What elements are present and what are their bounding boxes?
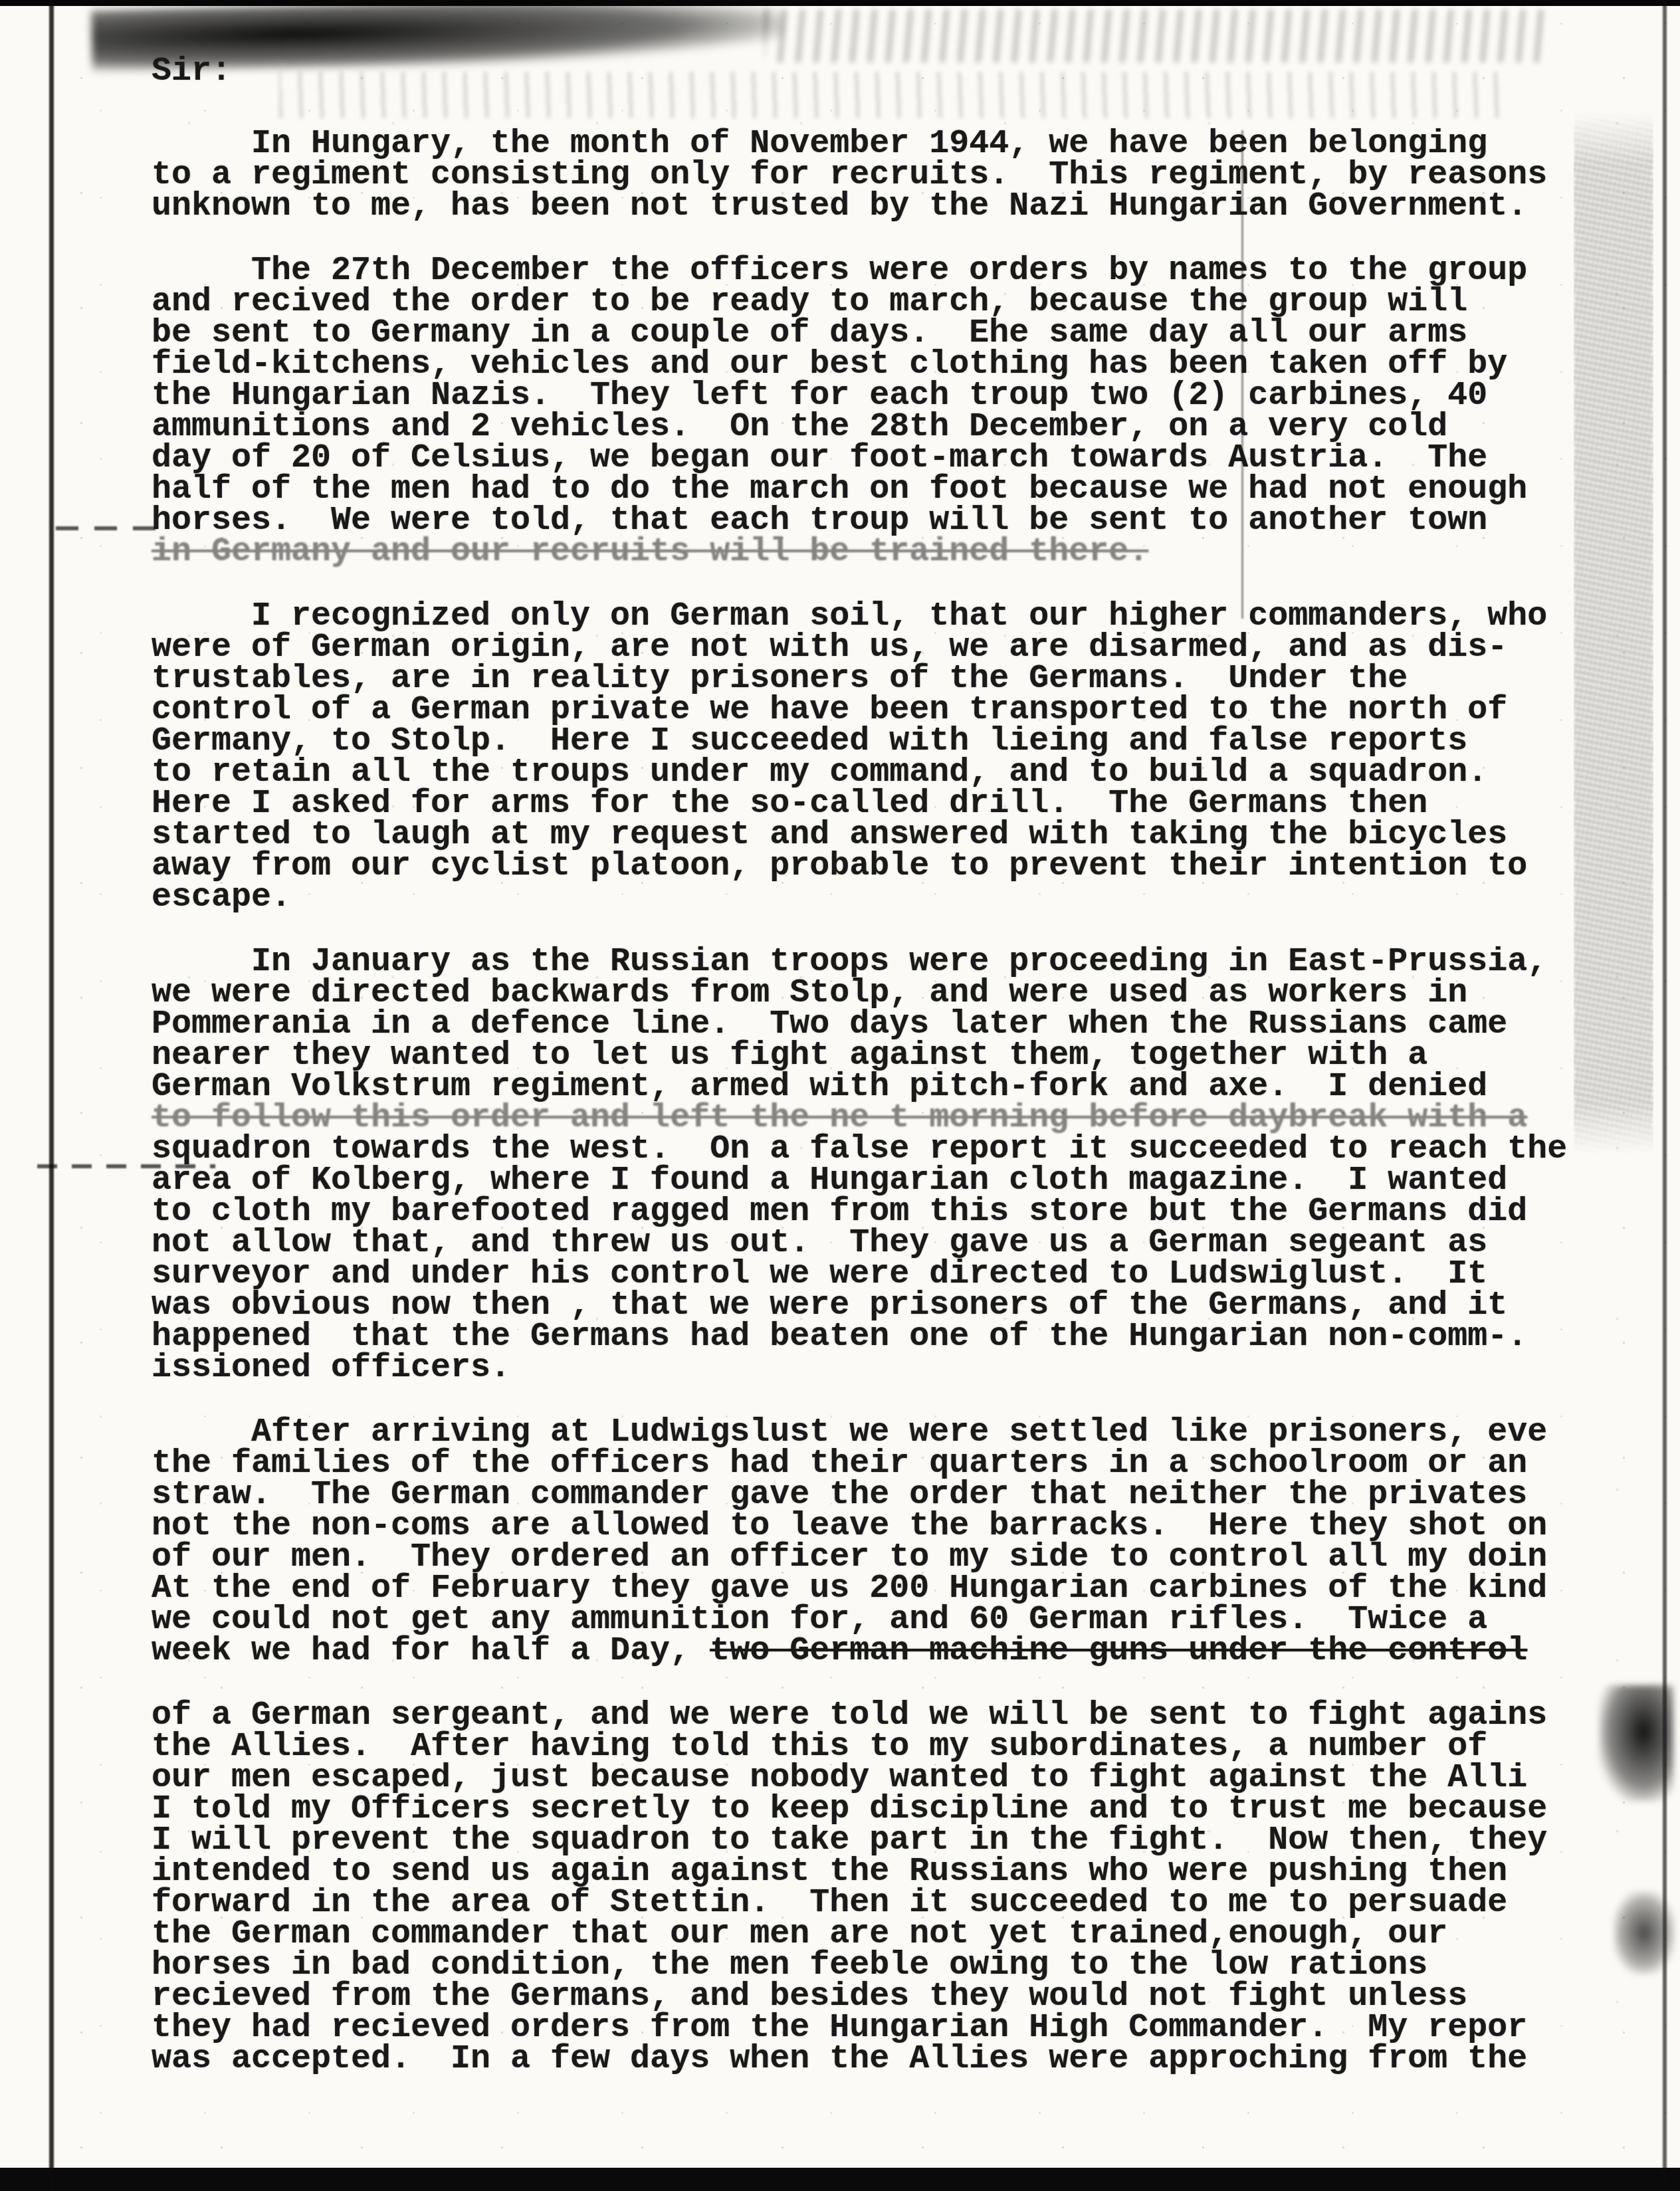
margin-strike-dashes-1	[56, 526, 157, 530]
text-line: away from our cyclist platoon, probable …	[152, 851, 1614, 882]
text-line: not the non-coms are allowed to leave th…	[152, 1511, 1614, 1542]
text-line: surveyor and under his control we were d…	[152, 1259, 1614, 1290]
text-line: be sent to Germany in a couple of days. …	[152, 318, 1614, 349]
text-line: we were directed backwards from Stolp, a…	[152, 978, 1614, 1009]
text-line: In Hungary, the month of November 1944, …	[152, 128, 1614, 159]
scan-edge-right	[1663, 0, 1667, 2191]
text-line: I will prevent the squadron to take part…	[152, 1825, 1614, 1856]
text-line: Germany, to Stolp. Here I succeeded with…	[152, 726, 1614, 757]
text-line: intended to send us again against the Ru…	[152, 1856, 1614, 1887]
text-line: escape.	[152, 882, 1614, 913]
text-line: the Allies. After having told this to my…	[152, 1731, 1614, 1762]
text-segment: unknown to me, has been not trusted by t…	[152, 187, 1527, 225]
text-line: recieved from the Germans, and besides t…	[152, 1981, 1614, 2012]
scan-edge-bottom	[0, 2168, 1680, 2191]
text-line: our men escaped, just because nobody wan…	[152, 1762, 1614, 1794]
text-line: was obvious now then , that we were pris…	[152, 1290, 1614, 1321]
text-line: and recived the order to be ready to mar…	[152, 286, 1614, 318]
text-line: unknown to me, has been not trusted by t…	[152, 191, 1614, 222]
text-line: started to laugh at my request and answe…	[152, 819, 1614, 851]
text-line: the Hungarian Nazis. They left for each …	[152, 380, 1614, 411]
text-line: day of 20 of Celsius, we began our foot-…	[152, 443, 1614, 474]
text-line: At the end of February they gave us 200 …	[152, 1573, 1614, 1604]
text-line: half of the men had to do the march on f…	[152, 474, 1614, 505]
text-line: was accepted. In a few days when the All…	[152, 2043, 1614, 2075]
text-line: Pommerania in a defence line. Two days l…	[152, 1009, 1614, 1040]
text-line: to a regiment consisting only for recrui…	[152, 159, 1614, 191]
text-line: of our men. They ordered an officer to m…	[152, 1542, 1614, 1573]
text-segment: escape.	[152, 879, 291, 916]
text-line: were of German origin, are not with us, …	[152, 632, 1614, 663]
text-line: field-kitchens, vehicles and our best cl…	[152, 349, 1614, 380]
text-line: control of a German private we have been…	[152, 694, 1614, 726]
text-line: I told my Officers secretly to keep disc…	[152, 1794, 1614, 1825]
text-line: not allow that, and threw us out. They g…	[152, 1227, 1614, 1259]
struck-text-segment: to follow this order and left the ne t m…	[152, 1099, 1527, 1137]
text-segment: away from our cyclist platoon, probable …	[152, 847, 1527, 885]
paragraph: I recognized only on German soil, that o…	[152, 601, 1614, 913]
text-line: area of Kolberg, where I found a Hungari…	[152, 1165, 1614, 1196]
paragraph: In January as the Russian troops were pr…	[152, 946, 1614, 1384]
text-line: issioned officers.	[152, 1352, 1614, 1384]
letter-body: In Hungary, the month of November 1944, …	[152, 128, 1614, 2075]
paragraph: After arriving at Ludwigslust we were se…	[152, 1417, 1614, 1667]
text-line: to retain all the troups under my comman…	[152, 757, 1614, 788]
text-line: German Volkstrum regiment, armed with pi…	[152, 1071, 1614, 1102]
text-line: horses. We were told, that each troup wi…	[152, 505, 1614, 536]
scan-edge-left	[49, 0, 54, 2191]
struck-text-segment: two German machine guns under the contro…	[710, 1632, 1527, 1670]
text-line: trustables, are in reality prisoners of …	[152, 663, 1614, 694]
text-line: they had recieved orders from the Hungar…	[152, 2012, 1614, 2043]
scanned-letter-page: Sir: In Hungary, the month of November 1…	[0, 0, 1680, 2191]
text-segment: was accepted. In a few days when the All…	[152, 2040, 1527, 2078]
text-line: we could not get any ammunition for, and…	[152, 1604, 1614, 1635]
text-segment: week we had for half a Day,	[152, 1632, 710, 1670]
text-line: squadron towards the west. On a false re…	[152, 1134, 1614, 1165]
paragraph: In Hungary, the month of November 1944, …	[152, 128, 1614, 222]
text-line: week we had for half a Day, two German m…	[152, 1635, 1614, 1667]
text-segment: issioned officers.	[152, 1349, 510, 1387]
text-line: of a German sergeant, and we were told w…	[152, 1700, 1614, 1731]
text-line: to cloth my barefooted ragged men from t…	[152, 1196, 1614, 1227]
text-line: nearer they wanted to let us fight again…	[152, 1040, 1614, 1071]
text-line: In January as the Russian troops were pr…	[152, 946, 1614, 978]
struck-text-segment: in Germany and our recruits will be trai…	[152, 533, 1148, 571]
text-line: to follow this order and left the ne t m…	[152, 1102, 1614, 1134]
text-line: ammunitions and 2 vehicles. On the 28th …	[152, 411, 1614, 443]
text-line: After arriving at Ludwigslust we were se…	[152, 1417, 1614, 1448]
text-line: the German commander that our men are no…	[152, 1919, 1614, 1950]
text-line: Here I asked for arms for the so-called …	[152, 788, 1614, 819]
text-line: straw. The German commander gave the ord…	[152, 1479, 1614, 1511]
text-line: the families of the officers had their q…	[152, 1448, 1614, 1479]
text-line: forward in the area of Stettin. Then it …	[152, 1887, 1614, 1919]
text-line: happened that the Germans had beaten one…	[152, 1321, 1614, 1352]
text-line: in Germany and our recruits will be trai…	[152, 536, 1614, 568]
letter-text: Sir: In Hungary, the month of November 1…	[152, 56, 1614, 2108]
scan-smudge-top-right	[764, 9, 1548, 62]
paragraph: of a German sergeant, and we were told w…	[152, 1700, 1614, 2075]
salutation: Sir:	[152, 56, 1614, 87]
text-line: horses in bad condition, the men feeble …	[152, 1950, 1614, 1981]
text-line: I recognized only on German soil, that o…	[152, 601, 1614, 632]
text-line: The 27th December the officers were orde…	[152, 255, 1614, 286]
paragraph: The 27th December the officers were orde…	[152, 255, 1614, 568]
scan-edge-top	[0, 0, 1680, 6]
